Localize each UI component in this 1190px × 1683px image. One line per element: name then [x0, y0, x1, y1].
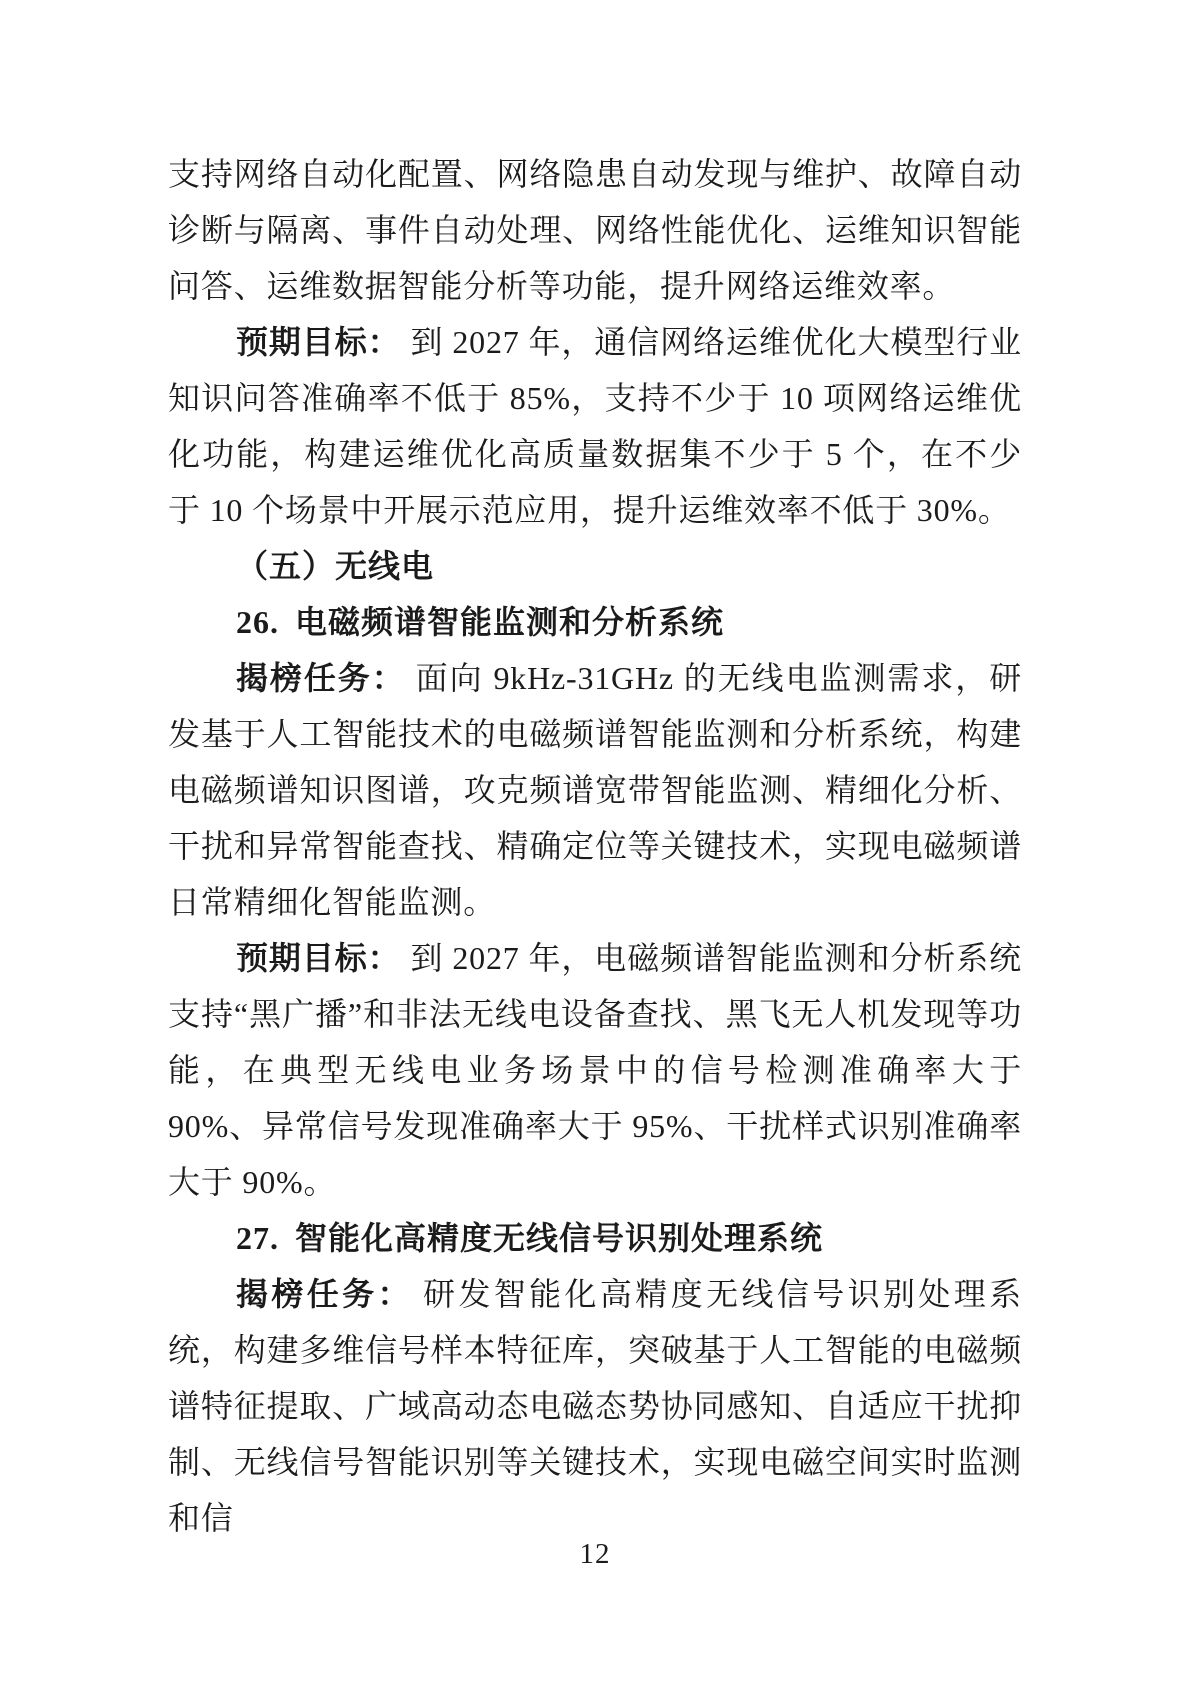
document-page: 支持网络自动化配置、网络隐患自动发现与维护、故障自动诊断与隔离、事件自动处理、网…: [0, 0, 1190, 1683]
item-title: 智能化高精度无线信号识别处理系统: [295, 1220, 823, 1256]
task-label: 揭榜任务：: [236, 660, 406, 696]
task-label: 揭榜任务：: [236, 1276, 413, 1312]
expected-goal-label: 预期目标：: [236, 324, 401, 360]
item-number: 27.: [236, 1220, 279, 1256]
body-paragraph: 揭榜任务：研发智能化高精度无线信号识别处理系统，构建多维信号样本特征库，突破基于…: [168, 1266, 1022, 1546]
item-heading: 27.智能化高精度无线信号识别处理系统: [168, 1210, 1022, 1266]
body-paragraph: 支持网络自动化配置、网络隐患自动发现与维护、故障自动诊断与隔离、事件自动处理、网…: [168, 146, 1022, 314]
item-title: 电磁频谱智能监测和分析系统: [295, 604, 724, 640]
item-heading: 26.电磁频谱智能监测和分析系统: [168, 594, 1022, 650]
page-number: 12: [580, 1538, 611, 1570]
body-paragraph: 预期目标：到 2027 年，通信网络运维优化大模型行业知识问答准确率不低于 85…: [168, 314, 1022, 538]
paragraph-text: 面向 9kHz-31GHz 的无线电监测需求，研发基于人工智能技术的电磁频谱智能…: [168, 660, 1022, 920]
body-paragraph: 揭榜任务：面向 9kHz-31GHz 的无线电监测需求，研发基于人工智能技术的电…: [168, 650, 1022, 930]
paragraph-text: 到 2027 年，电磁频谱智能监测和分析系统支持“黑广播”和非法无线电设备查找、…: [168, 940, 1022, 1200]
paragraph-text: 研发智能化高精度无线信号识别处理系统，构建多维信号样本特征库，突破基于人工智能的…: [168, 1276, 1022, 1536]
page-footer: 12: [0, 1538, 1190, 1571]
expected-goal-label: 预期目标：: [236, 940, 401, 976]
section-heading: （五）无线电: [168, 538, 1022, 594]
item-number: 26.: [236, 604, 279, 640]
body-paragraph: 预期目标：到 2027 年，电磁频谱智能监测和分析系统支持“黑广播”和非法无线电…: [168, 930, 1022, 1210]
page-content: 支持网络自动化配置、网络隐患自动发现与维护、故障自动诊断与隔离、事件自动处理、网…: [168, 146, 1022, 1546]
